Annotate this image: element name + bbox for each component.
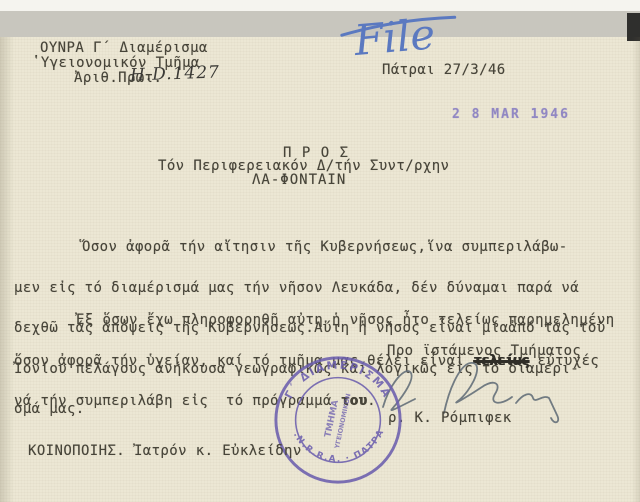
paragraph-2-line1: Ἐξ ὅσων ἔχω πληροφορηθῆ αὐτη ἡ νῆσος ἦτο… [14, 314, 630, 328]
received-date-stamp: 2 8 MAR 1946 [452, 107, 570, 122]
paragraph-1-line1: Ὅσον ἀφορᾶ τήν αἴτησιν τῆς Κυβερνήσεως,ἵ… [14, 241, 630, 255]
scanned-letter-page: ΟΥΝΡΑ Γ΄ Διαμέρισμα ʽΥγειονομικόν Τμῆμα … [0, 0, 640, 502]
scan-left-shadow [0, 37, 14, 502]
place-date: Πάτραι 27/3/46 [382, 64, 506, 78]
scan-right-shadow [632, 37, 640, 502]
scan-edge-white [0, 0, 640, 11]
stamp-arc-top-text: Γ΄ ΔΙΑΜΕΡΙΣΜΑ [282, 358, 394, 400]
cc-line: ΚΟΙΝΟΠΟΙΗΣ. Ἰατρόν κ. Εὐκλείδην [28, 445, 302, 459]
org-name-line1: ΟΥΝΡΑ Γ΄ Διαμέρισμα [40, 42, 208, 56]
protocol-number-handwritten: H.D.1427 [130, 62, 221, 85]
recipient-name: ΛΑ-ΦΟΝΤΑΙΝ [252, 174, 346, 188]
file-annotation-text: File [351, 9, 437, 65]
scan-edge-gray-band [0, 11, 640, 37]
unrra-round-stamp: Γ΄ ΔΙΑΜΕΡΙΣΜΑ U.N.R.R.A. · ΠΑΤΡΑΙ ΤΜΗΜΑ … [269, 351, 407, 489]
